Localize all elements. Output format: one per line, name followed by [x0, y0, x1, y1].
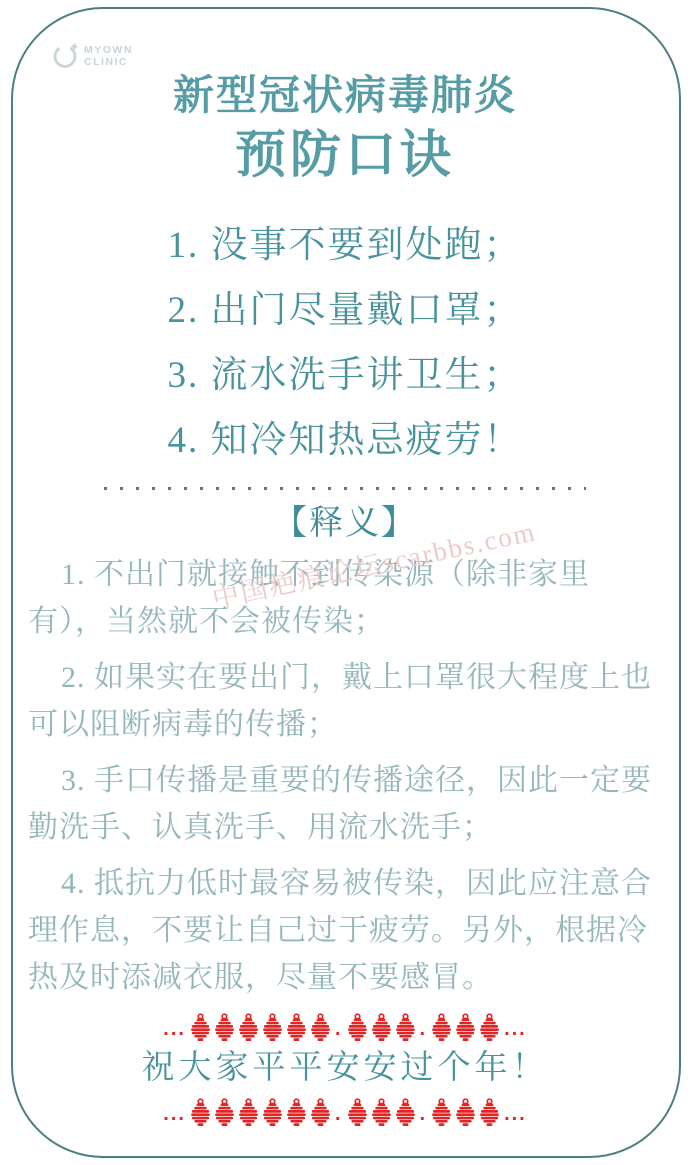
lantern-icon [262, 1013, 283, 1042]
lantern-row-top: ........ [0, 1010, 690, 1042]
mnemonic-list: 1. 没事不要到处跑； 2. 出门尽量戴口罩； 3. 流水洗手讲卫生； 4. 知… [168, 213, 523, 473]
new-year-greeting: 祝大家平平安安过个年！ [0, 1049, 690, 1087]
dot-separator: ... [162, 1104, 187, 1127]
dot-separator: . [334, 1019, 344, 1042]
lantern-icon [455, 1098, 476, 1127]
lantern-icon [286, 1098, 307, 1127]
lantern-icon [479, 1098, 500, 1127]
lantern-icon [214, 1013, 235, 1042]
lantern-icon [431, 1098, 452, 1127]
dot-separator: ... [503, 1019, 528, 1042]
lantern-icon [190, 1013, 211, 1042]
explanation-paragraph-1: 1. 不出门就接触不到传染源（除非家里有），当然就不会被传染； [28, 551, 662, 645]
lantern-icon [395, 1013, 416, 1042]
poster-title: 新型冠状病毒肺炎 [0, 72, 690, 118]
lantern-icon [238, 1098, 259, 1127]
dotted-separator [104, 487, 586, 490]
dot-separator: . [419, 1019, 429, 1042]
explanation-body: 1. 不出门就接触不到传染源（除非家里有），当然就不会被传染； 2. 如果实在要… [0, 551, 690, 1001]
lantern-row-bottom: ........ [0, 1095, 690, 1127]
prevention-poster: MYOWN CLINIC 新型冠状病毒肺炎 预防口诀 1. 没事不要到处跑； 2… [0, 0, 690, 1165]
dot-separator: ... [162, 1019, 187, 1042]
explanation-paragraph-4: 4. 抵抗力低时最容易被传染，因此应注意合理作息，不要让自己过于疲劳。另外，根据… [28, 860, 662, 1001]
lantern-icon [431, 1013, 452, 1042]
lantern-icon [238, 1013, 259, 1042]
lantern-icon [455, 1013, 476, 1042]
mnemonic-item-1: 1. 没事不要到处跑； [168, 213, 523, 278]
dot-separator: . [419, 1104, 429, 1127]
lantern-icon [347, 1013, 368, 1042]
lantern-icon [395, 1098, 416, 1127]
explanation-heading: 【释义】 [0, 505, 690, 543]
mnemonic-item-3: 3. 流水洗手讲卫生； [168, 343, 523, 408]
mnemonic-item-2: 2. 出门尽量戴口罩； [168, 278, 523, 343]
footer: ........ 祝大家平平安安过个年！ ........ [0, 1010, 690, 1127]
lantern-icon [286, 1013, 307, 1042]
dot-separator: ... [503, 1104, 528, 1127]
lantern-icon [347, 1098, 368, 1127]
lantern-icon [262, 1098, 283, 1127]
lantern-icon [371, 1098, 392, 1127]
explanation-paragraph-2: 2. 如果实在要出门，戴上口罩很大程度上也可以阻断病毒的传播； [28, 654, 662, 748]
lantern-icon [479, 1013, 500, 1042]
mnemonic-item-4: 4. 知冷知热忌疲劳！ [168, 408, 523, 473]
dot-separator: . [334, 1104, 344, 1127]
lantern-icon [190, 1098, 211, 1127]
lantern-icon [371, 1013, 392, 1042]
lantern-icon [310, 1013, 331, 1042]
lantern-icon [214, 1098, 235, 1127]
explanation-paragraph-3: 3. 手口传播是重要的传播途径，因此一定要勤洗手、认真洗手、用流水洗手； [28, 757, 662, 851]
poster-subtitle: 预防口诀 [0, 127, 690, 183]
poster-content: 新型冠状病毒肺炎 预防口诀 1. 没事不要到处跑； 2. 出门尽量戴口罩； 3.… [0, 0, 690, 1127]
lantern-icon [310, 1098, 331, 1127]
